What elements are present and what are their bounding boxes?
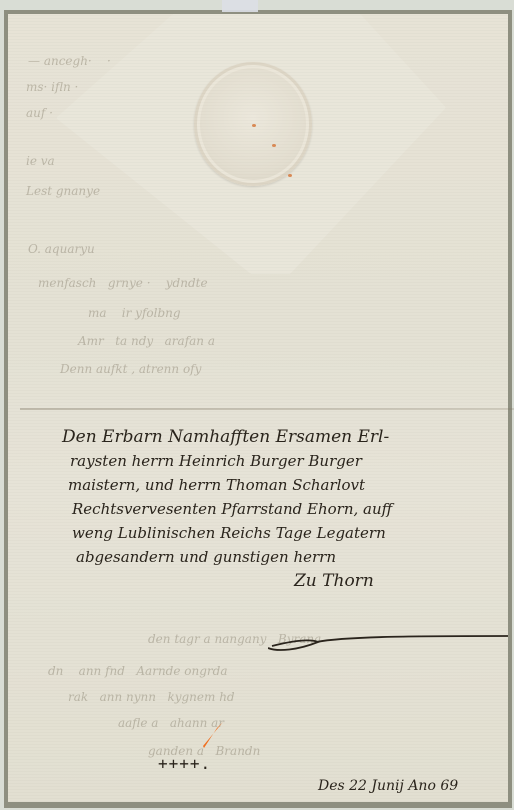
bleed-through-text: Denn aufkt , atrenn ofy (60, 362, 201, 376)
orange-marker (203, 722, 223, 748)
address-line: Zu Thorn (62, 569, 492, 593)
fold-line (20, 408, 514, 410)
bleed-through-text: ma ir yfolbng (88, 306, 181, 320)
tally-marks: ++++. (158, 754, 211, 773)
document-page: — ancegh· · ms· ifln · auf · ie va Lest … (8, 14, 508, 802)
address-line: raysten herrn Heinrich Burger Burger (62, 449, 492, 473)
envelope-flap (56, 14, 446, 274)
bleed-through-text: ms· ifln · (26, 80, 78, 94)
bleed-through-text: dn ann fnd Aarnde ongrda (48, 664, 227, 678)
address-line: maistern, und herrn Thoman Scharlovt (62, 473, 492, 497)
wax-seal (194, 62, 312, 186)
signature-flourish (268, 632, 508, 654)
address-line: weng Lublinischen Reichs Tage Legatern (62, 521, 492, 545)
seal-stain (272, 144, 276, 147)
bleed-through-text: — ancegh· · (28, 54, 111, 68)
date-note: Des 22 Junij Ano 69 (318, 778, 458, 794)
address-line: abgesandern und gunstigen herrn (62, 545, 492, 569)
address-block: Den Erbarn Namhafften Ersamen Erl- rayst… (62, 425, 492, 593)
seal-stain (288, 174, 292, 177)
tape-label (222, 0, 258, 12)
bleed-through-text: O. aquaryu (28, 242, 95, 256)
bleed-through-text: menfasch grnye · ydndte (38, 276, 208, 290)
bleed-through-text: auf · (26, 106, 53, 120)
address-line: Den Erbarn Namhafften Ersamen Erl- (62, 425, 492, 449)
bleed-through-text: rak ann nynn kygnem hd (68, 690, 235, 704)
bleed-through-text: ie va (26, 154, 55, 168)
seal-stain (252, 124, 256, 127)
bleed-through-text: Lest gnanye (26, 184, 100, 198)
address-line: Rechtsvervesenten Pfarrstand Ehorn, auff (62, 497, 492, 521)
bleed-through-text: Amr ta ndy arafan a (78, 334, 215, 348)
